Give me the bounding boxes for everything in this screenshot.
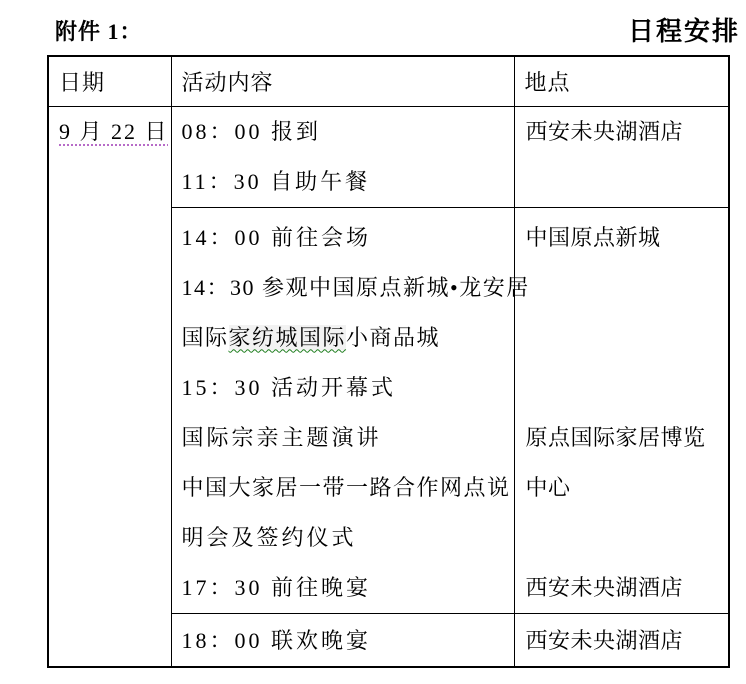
activity-cell-evening: 18：00 联欢晚宴 bbox=[171, 613, 514, 667]
column-header-location: 地点 bbox=[514, 56, 729, 106]
activity-text: 小商品城 bbox=[346, 325, 440, 350]
document-page: 附件 1： 日程安排 日期 活动内容 地点 9 月 22 日 08：00 报到 … bbox=[0, 0, 746, 684]
attachment-label: 附件 1： bbox=[55, 15, 143, 46]
location-line bbox=[526, 157, 729, 207]
activity-line: 15：30 活动开幕式 bbox=[182, 363, 514, 413]
activity-line: 国际宗亲主题演讲 bbox=[182, 413, 514, 463]
activity-line: 14：00 前往会场 bbox=[182, 213, 514, 263]
activity-line: 11：30 自助午餐 bbox=[182, 157, 514, 207]
activity-line: 17：30 前往晚宴 bbox=[182, 563, 514, 613]
activity-line: 明会及签约仪式 bbox=[182, 513, 514, 563]
activity-line: 14：30 参观中国原点新城•龙安居 bbox=[182, 263, 514, 313]
date-cell: 9 月 22 日 bbox=[48, 106, 171, 667]
location-cell-afternoon: 中国原点新城 原点国际家居博览 中心 西安未央湖酒店 bbox=[514, 207, 729, 613]
location-line: 西安未央湖酒店 bbox=[526, 107, 729, 157]
location-line bbox=[526, 313, 729, 363]
location-line: 西安未央湖酒店 bbox=[526, 616, 729, 666]
location-line: 原点国际家居博览 bbox=[526, 413, 729, 463]
activity-cell-afternoon: 14：00 前往会场 14：30 参观中国原点新城•龙安居 国际家纺城国际小商品… bbox=[171, 207, 514, 613]
location-cell-morning: 西安未央湖酒店 bbox=[514, 106, 729, 207]
schedule-table: 日期 活动内容 地点 9 月 22 日 08：00 报到 11：30 自助午餐 … bbox=[47, 55, 730, 668]
activity-line: 中国大家居一带一路合作网点说 bbox=[182, 463, 514, 513]
table-row-morning: 9 月 22 日 08：00 报到 11：30 自助午餐 西安未央湖酒店 bbox=[48, 106, 729, 207]
activity-line: 08：00 报到 bbox=[182, 107, 514, 157]
activity-line: 18：00 联欢晚宴 bbox=[182, 616, 514, 666]
location-line bbox=[526, 363, 729, 413]
column-header-date: 日期 bbox=[48, 56, 171, 106]
activity-line: 国际家纺城国际小商品城 bbox=[182, 313, 514, 363]
location-line: 中国原点新城 bbox=[526, 213, 729, 263]
date-text: 9 月 22 日 bbox=[59, 119, 169, 144]
spellcheck-flagged-text: 家纺城国际 bbox=[229, 325, 347, 350]
location-line: 西安未央湖酒店 bbox=[526, 563, 729, 613]
table-header-row: 日期 活动内容 地点 bbox=[48, 56, 729, 106]
activity-cell-morning: 08：00 报到 11：30 自助午餐 bbox=[171, 106, 514, 207]
location-cell-evening: 西安未央湖酒店 bbox=[514, 613, 729, 667]
location-line bbox=[526, 513, 729, 563]
page-title: 日程安排 bbox=[628, 11, 740, 48]
column-header-activity: 活动内容 bbox=[171, 56, 514, 106]
location-line bbox=[526, 263, 729, 313]
location-line: 中心 bbox=[526, 463, 729, 513]
activity-text: 国际 bbox=[182, 325, 229, 350]
